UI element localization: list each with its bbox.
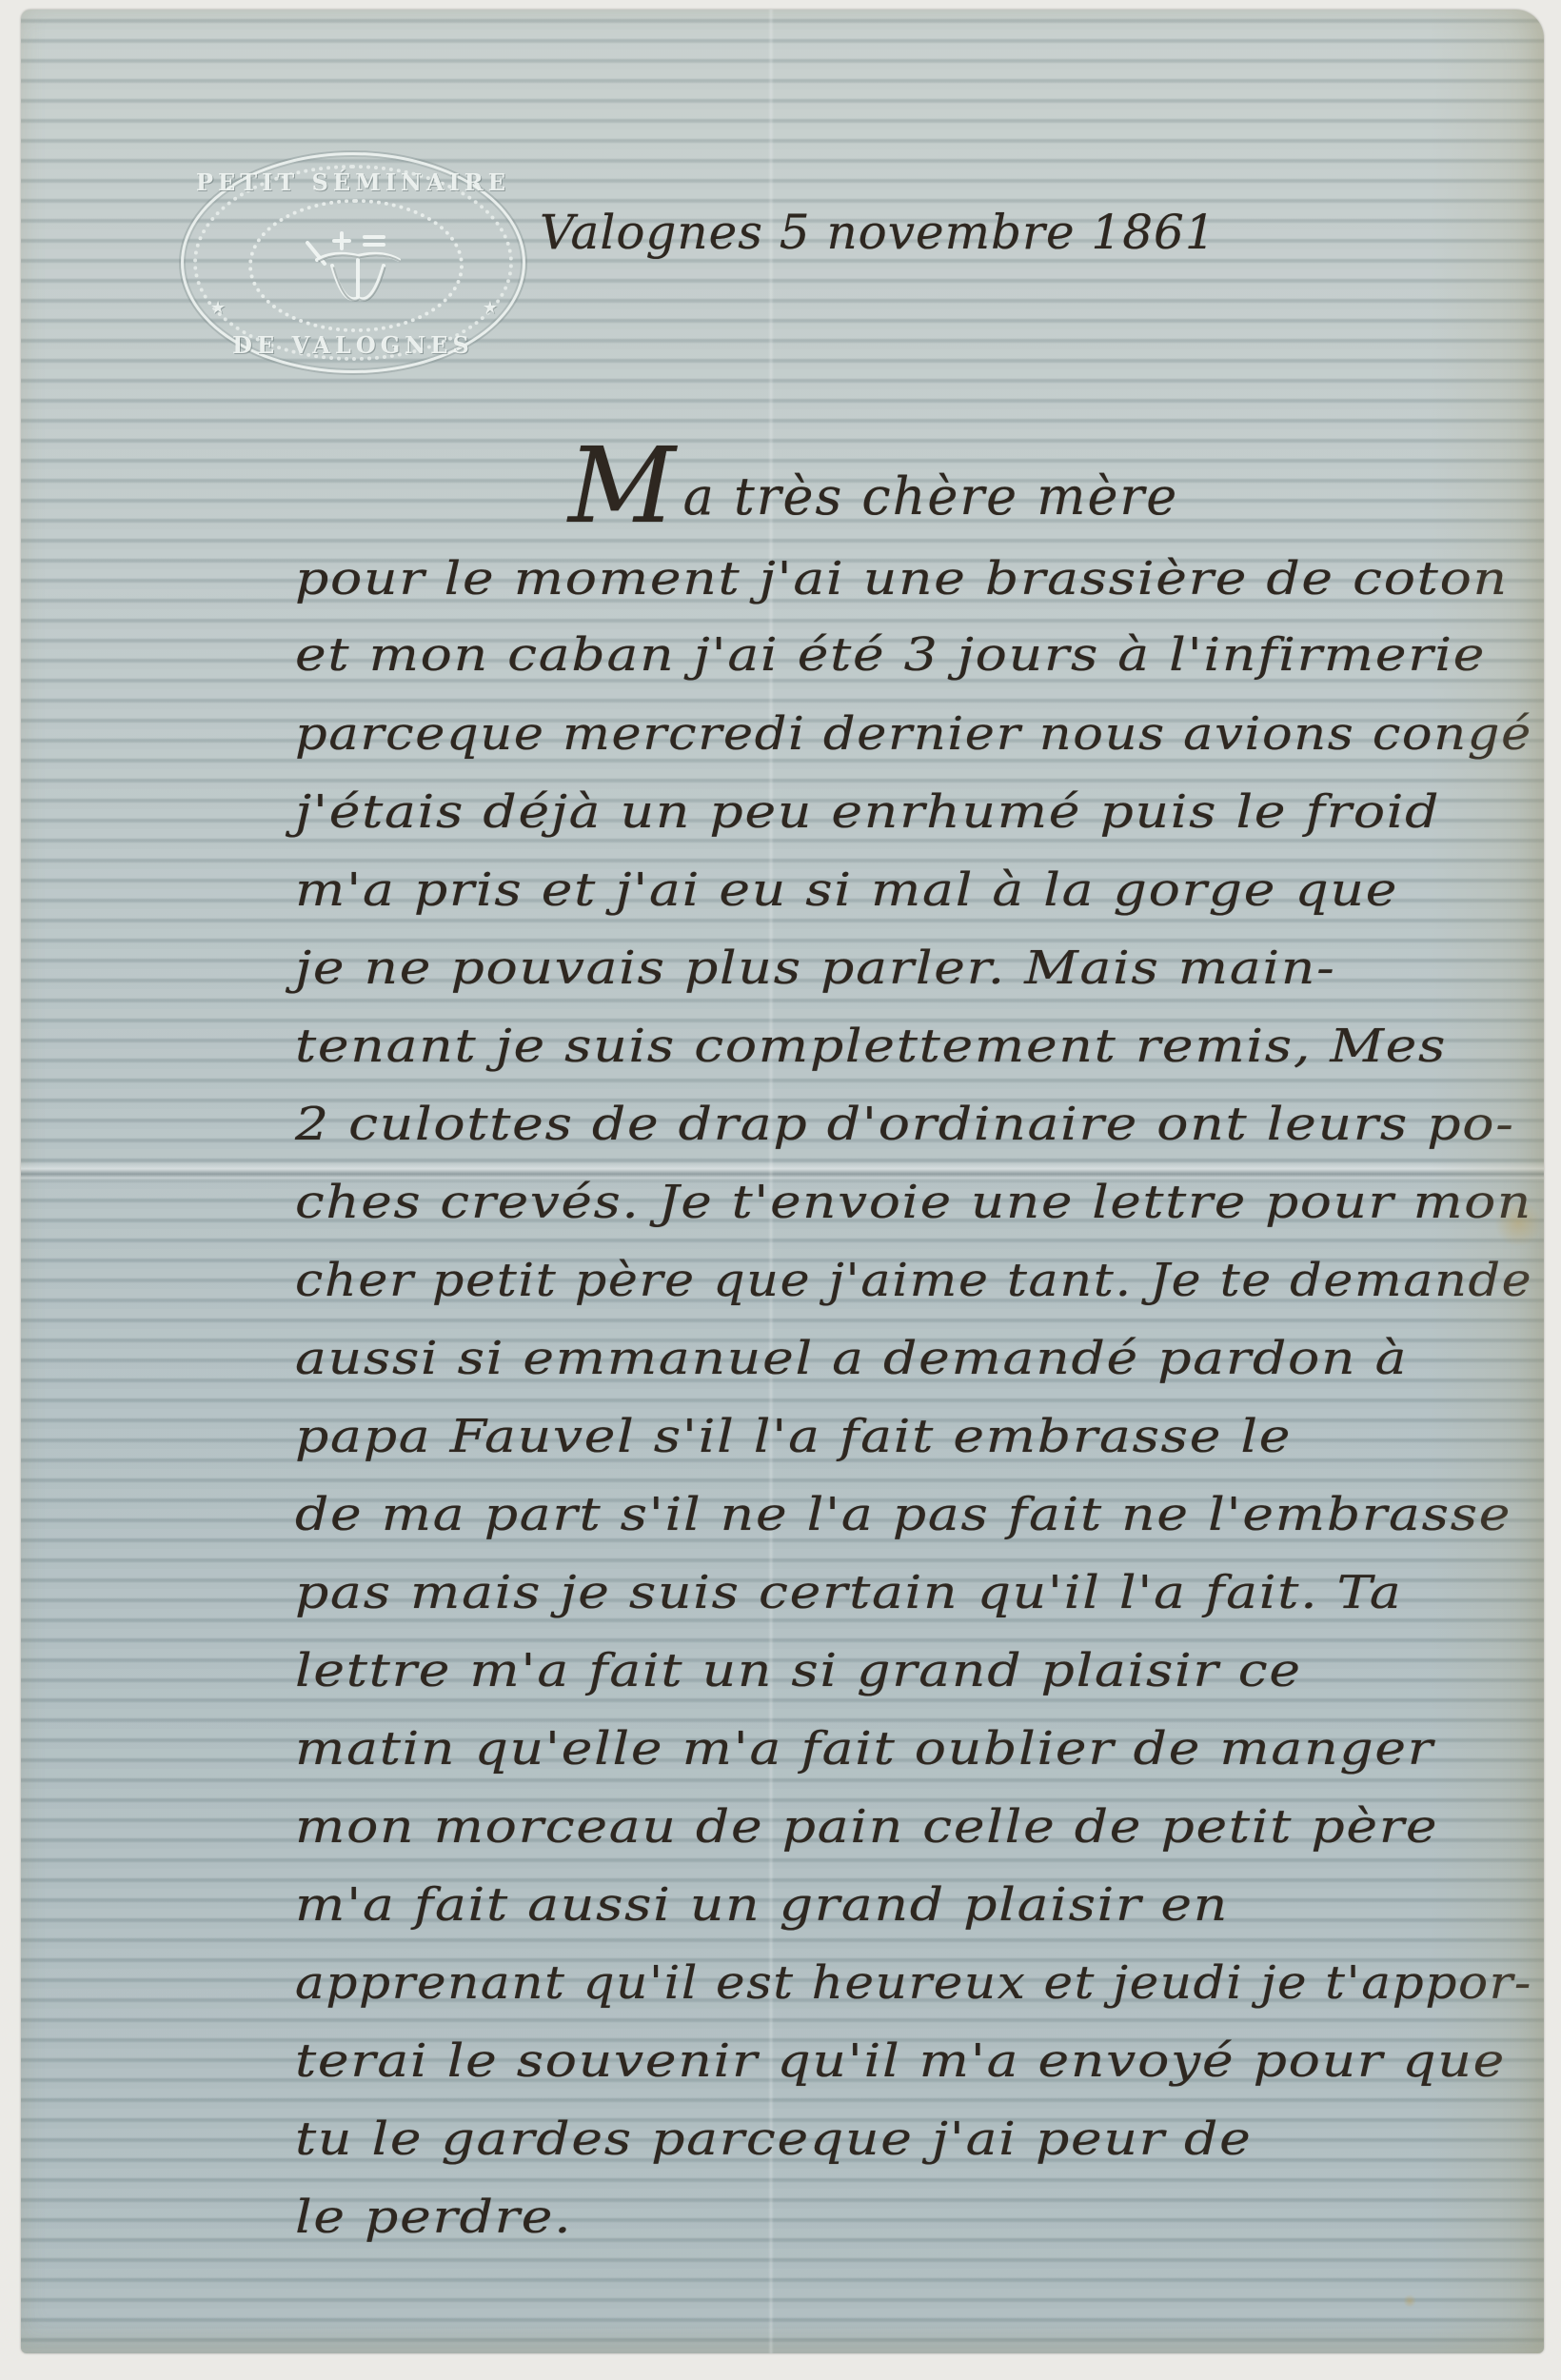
dateline: Valognes 5 novembre 1861 (540, 205, 1216, 260)
body-line-15: lettre m'a fait un si grand plaisir ce (295, 1644, 1302, 1697)
letter-sheet: PETIT SÉMINAIRE ★ ★ DE VALOGNES Valognes… (21, 10, 1544, 2353)
foxing-stain (1403, 2294, 1416, 2308)
star-icon: ★ (210, 298, 226, 318)
body-line-10: cher petit père que j'aime tant. Je te d… (295, 1254, 1532, 1307)
body-line-16: matin qu'elle m'a fait oublier de manger (295, 1722, 1434, 1775)
body-line-4: j'étais déjà un peu enrhumé puis le froi… (295, 785, 1440, 839)
body-line-9: ches crevés. Je t'envoie une lettre pour… (295, 1176, 1532, 1229)
body-line-20: terai le souvenir qu'il m'a envoyé pour … (295, 2034, 1506, 2088)
body-line-17: mon morceau de pain celle de petit père (295, 1800, 1438, 1854)
body-line-7: tenant je suis complettement remis, Mes (295, 1020, 1447, 1073)
star-icon: ★ (483, 298, 498, 318)
salutation: Ma très chère mère (568, 433, 1178, 538)
embossed-seal: PETIT SÉMINAIRE ★ ★ DE VALOGNES (181, 152, 525, 373)
body-line-6: je ne pouvais plus parler. Mais main- (295, 942, 1336, 995)
salutation-initial: M (568, 425, 678, 546)
body-line-2: et mon caban j'ai été 3 jours à l'infirm… (295, 628, 1486, 682)
body-line-8: 2 culottes de drap d'ordinaire ont leurs… (295, 1098, 1515, 1151)
seal-top-text: PETIT SÉMINAIRE (184, 169, 523, 196)
body-line-12: papa Fauvel s'il l'a fait embrasse le (295, 1410, 1292, 1463)
fleur-de-lis-crown-icon (306, 222, 410, 307)
body-line-22: le perdre. (295, 2191, 572, 2244)
body-line-19: apprenant qu'il est heureux et jeudi je … (295, 1956, 1532, 2010)
salutation-text: a très chère mère (683, 466, 1179, 526)
body-line-1: pour le moment j'ai une brassière de cot… (295, 552, 1509, 605)
body-line-3: parceque mercredi dernier nous avions co… (295, 707, 1532, 761)
body-line-11: aussi si emmanuel a demandé pardon à (295, 1332, 1408, 1385)
body-line-5: m'a pris et j'ai eu si mal à la gorge qu… (295, 863, 1398, 917)
body-line-14: pas mais je suis certain qu'il l'a fait.… (295, 1566, 1403, 1619)
seal-bottom-text: DE VALOGNES (184, 331, 523, 359)
body-line-18: m'a fait aussi un grand plaisir en (295, 1878, 1229, 1932)
body-line-13: de ma part s'il ne l'a pas fait ne l'emb… (295, 1488, 1512, 1541)
body-line-21: tu le gardes parceque j'ai peur de (295, 2112, 1253, 2166)
